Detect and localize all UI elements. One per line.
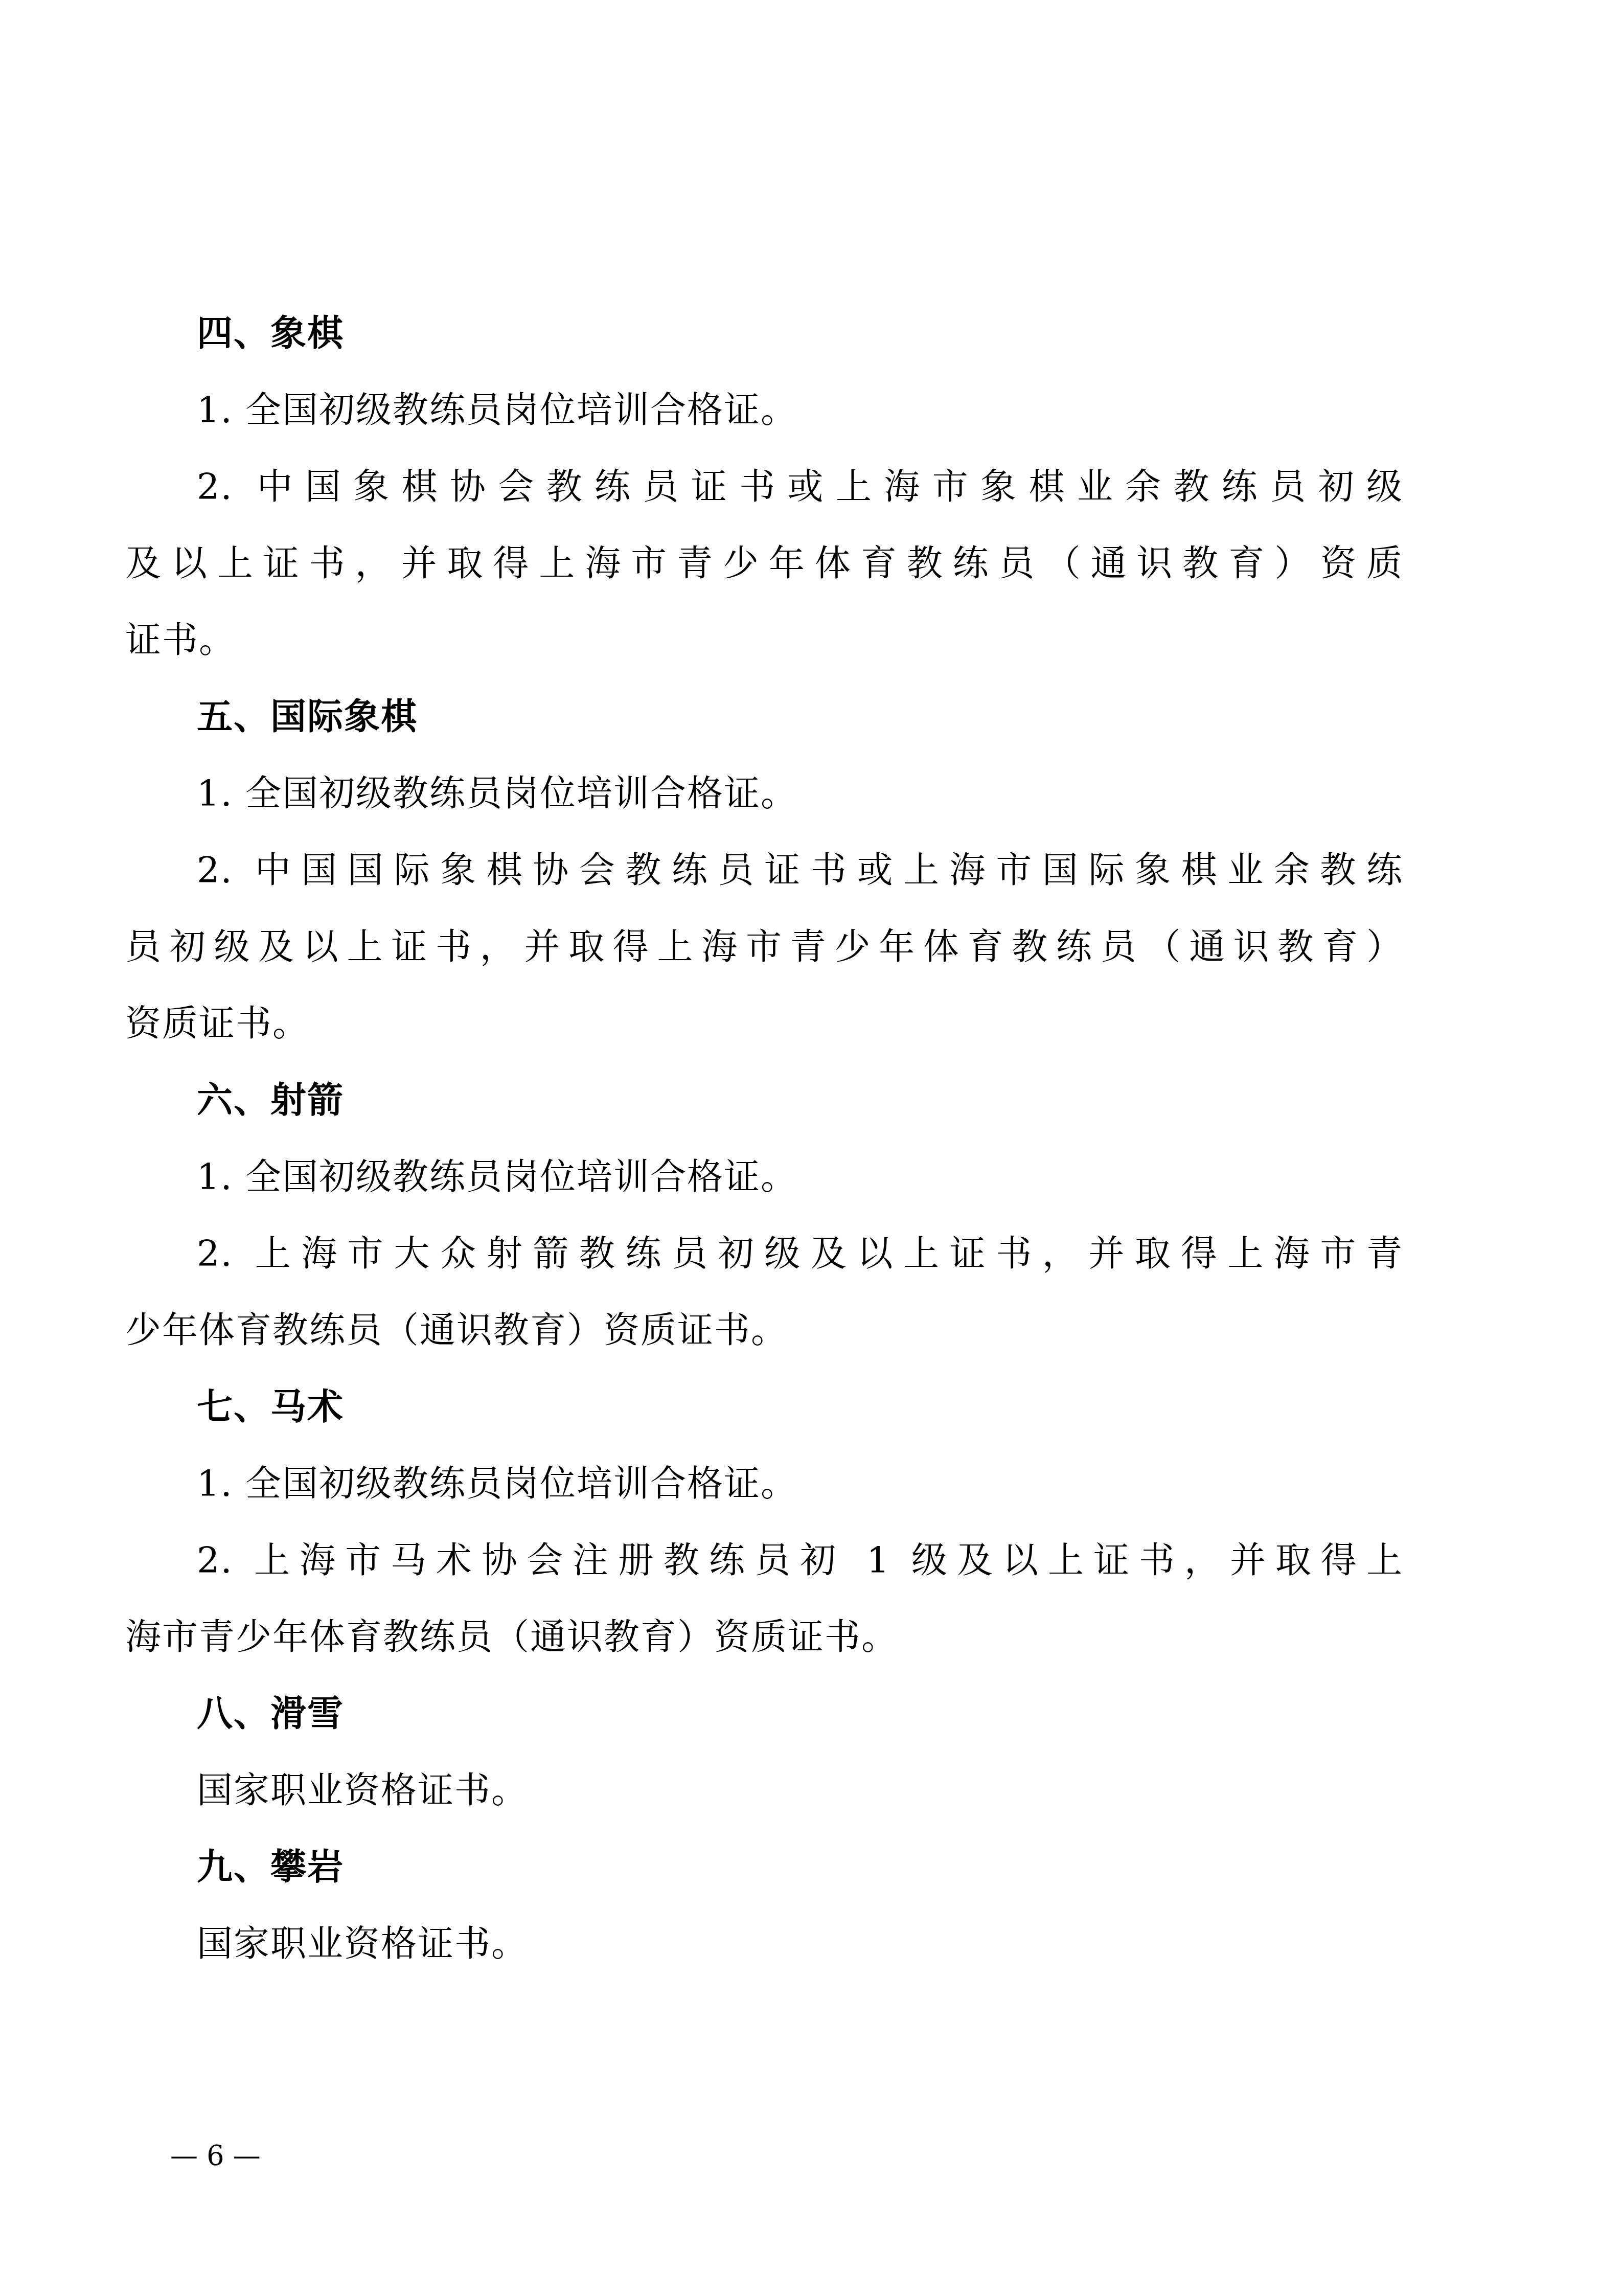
text-line: 2. 上海市马术协会注册教练员初 1 级及以上证书，并取得上 (125, 1522, 1403, 1599)
text-line: 2. 中国国际象棋协会教练员证书或上海市国际象棋业余教练 (125, 832, 1403, 908)
text-line: 1. 全国初级教练员岗位培训合格证。 (125, 372, 1403, 448)
section-heading: 六、射箭 (125, 1062, 1403, 1139)
text-line: 2. 中国象棋协会教练员证书或上海市象棋业余教练员初级 (125, 448, 1403, 525)
section-heading: 五、国际象棋 (125, 678, 1403, 755)
text-line: 及以上证书，并取得上海市青少年体育教练员（通识教育）资质 (125, 525, 1403, 602)
text-line: 员初级及以上证书，并取得上海市青少年体育教练员（通识教育） (125, 908, 1403, 985)
text-line: 2. 上海市大众射箭教练员初级及以上证书，并取得上海市青 (125, 1215, 1403, 1292)
text-line: 证书。 (125, 602, 1403, 678)
text-line: 资质证书。 (125, 985, 1403, 1062)
text-line: 少年体育教练员（通识教育）资质证书。 (125, 1292, 1403, 1369)
text-line: 1. 全国初级教练员岗位培训合格证。 (125, 1139, 1403, 1215)
section-heading: 七、马术 (125, 1369, 1403, 1445)
text-line: 国家职业资格证书。 (125, 1905, 1403, 1982)
section-heading: 八、滑雪 (125, 1675, 1403, 1752)
text-line: 国家职业资格证书。 (125, 1752, 1403, 1829)
text-line: 1. 全国初级教练员岗位培训合格证。 (125, 1445, 1403, 1522)
page-footer: — 6 — (170, 2140, 261, 2172)
section-heading: 四、象棋 (125, 295, 1403, 372)
document-body: 四、象棋1. 全国初级教练员岗位培训合格证。2. 中国象棋协会教练员证书或上海市… (125, 295, 1403, 1982)
text-line: 1. 全国初级教练员岗位培训合格证。 (125, 755, 1403, 832)
page-number: — 6 — (170, 2140, 261, 2172)
section-heading: 九、攀岩 (125, 1829, 1403, 1905)
text-line: 海市青少年体育教练员（通识教育）资质证书。 (125, 1599, 1403, 1675)
